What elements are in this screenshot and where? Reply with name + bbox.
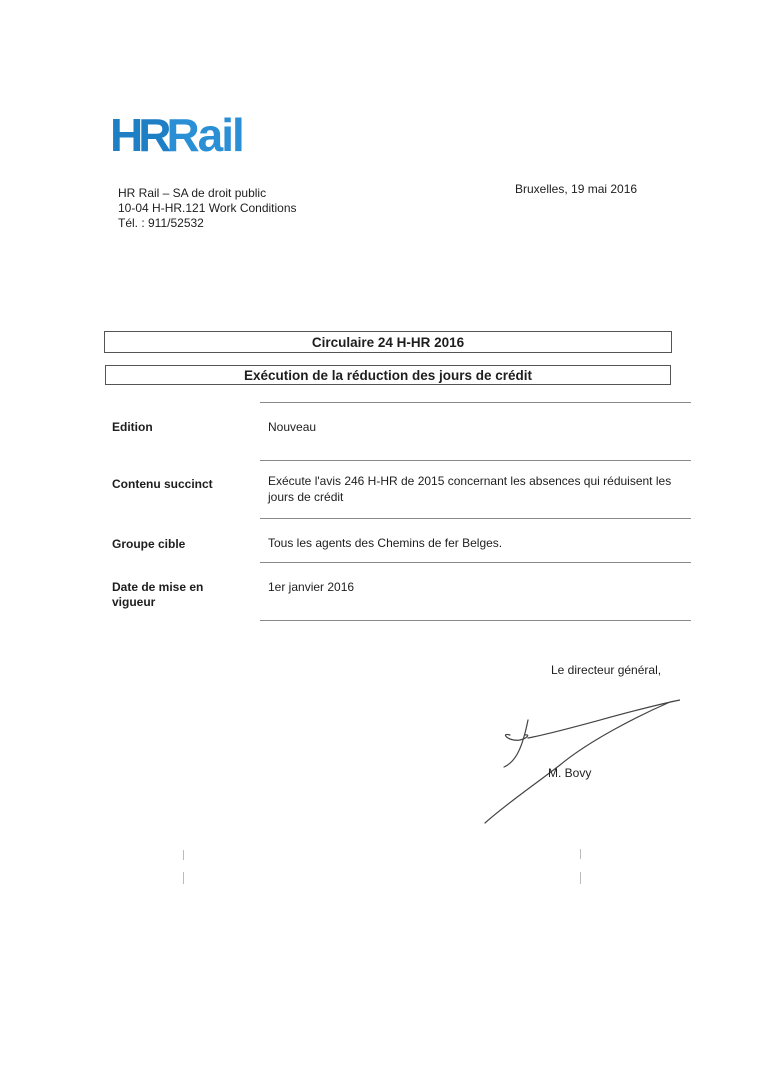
circular-subtitle: Exécution de la réduction des jours de c… xyxy=(105,365,671,385)
field-label-edition: Edition xyxy=(112,420,242,435)
sender-line: 10-04 H-HR.121 Work Conditions xyxy=(118,201,297,216)
scan-mark xyxy=(580,849,581,859)
signer-name: M. Bovy xyxy=(548,766,591,780)
divider xyxy=(260,562,691,563)
logo-hr: HR xyxy=(110,109,166,161)
divider xyxy=(260,460,691,461)
logo-rail: Rail xyxy=(166,109,242,161)
divider xyxy=(260,518,691,519)
field-value-target-group: Tous les agents des Chemins de fer Belge… xyxy=(268,535,688,551)
divider xyxy=(260,402,691,403)
field-value-edition: Nouveau xyxy=(268,419,688,435)
sender-line: Tél. : 911/52532 xyxy=(118,216,297,231)
closing-title: Le directeur général, xyxy=(551,663,661,677)
field-value-effective-date: 1er janvier 2016 xyxy=(268,579,688,595)
scan-mark xyxy=(183,872,184,884)
sender-line: HR Rail – SA de droit public xyxy=(118,186,297,201)
circular-title: Circulaire 24 H-HR 2016 xyxy=(104,331,672,353)
field-value-summary: Exécute l'avis 246 H-HR de 2015 concerna… xyxy=(268,473,678,505)
hrrail-logo: HRRail xyxy=(110,110,243,160)
divider xyxy=(260,620,691,621)
sender-block: HR Rail – SA de droit public 10-04 H-HR.… xyxy=(118,186,297,231)
place-date: Bruxelles, 19 mai 2016 xyxy=(515,182,637,196)
scan-mark xyxy=(183,850,184,860)
handwritten-signature xyxy=(470,680,710,840)
field-label-effective-date: Date de mise en vigueur xyxy=(112,580,222,610)
field-label-target-group: Groupe cible xyxy=(112,537,242,552)
scan-mark xyxy=(580,872,581,884)
field-label-summary: Contenu succinct xyxy=(112,477,242,492)
